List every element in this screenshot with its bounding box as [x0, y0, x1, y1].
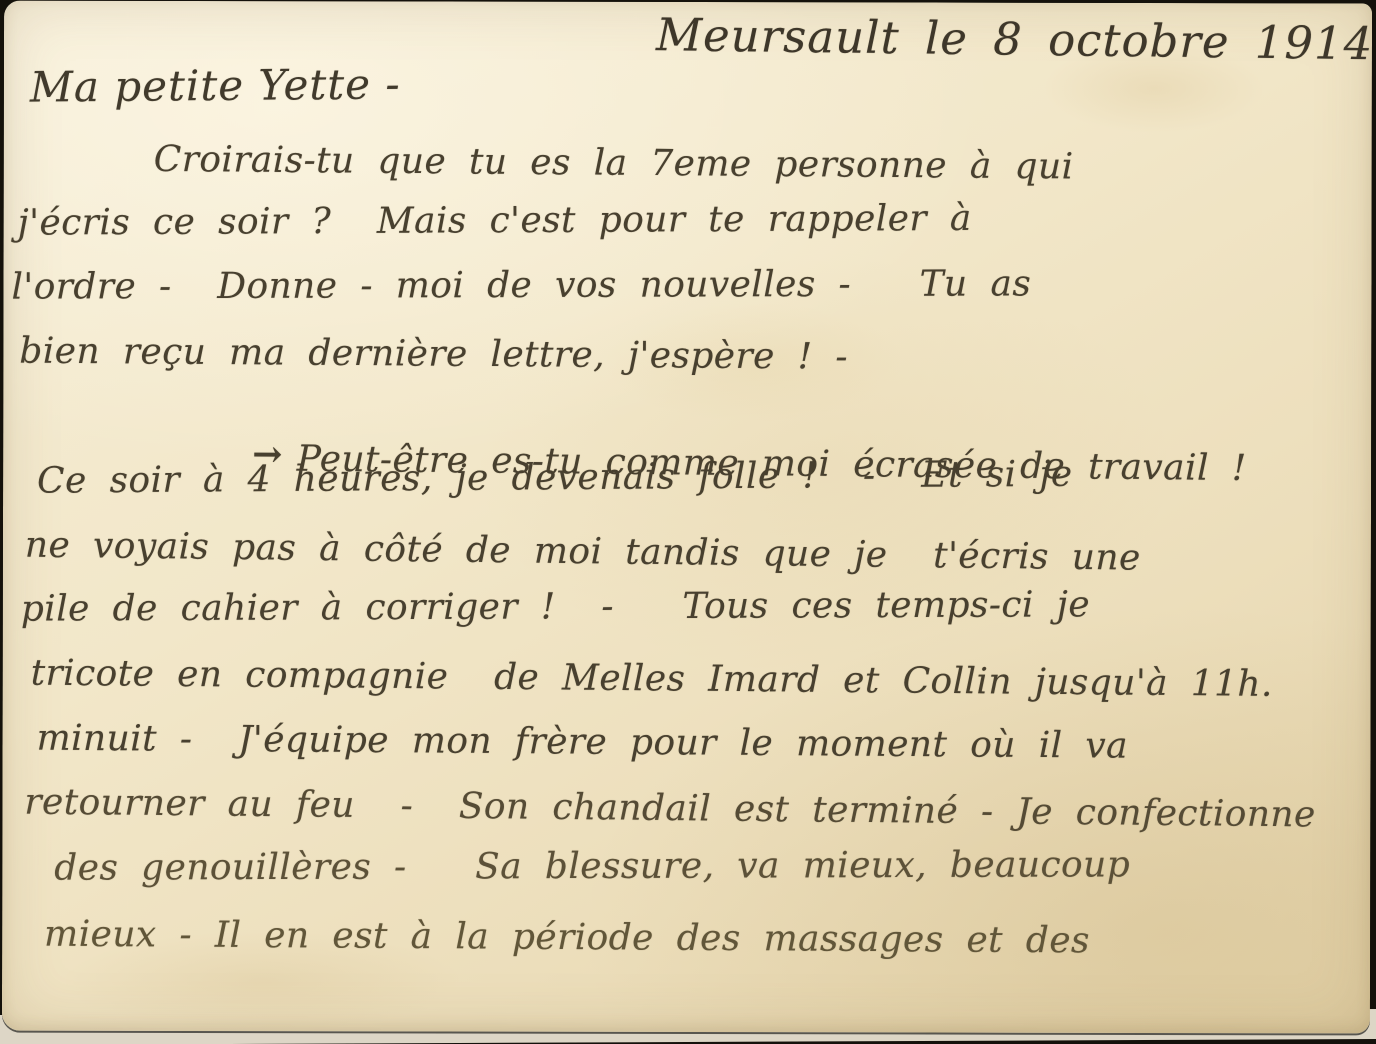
letter-line: minuit - J'équipe mon frère pour le mome…	[36, 718, 1128, 767]
letter-line: retourner au feu - Son chandail est term…	[24, 782, 1316, 836]
letter-line: pile de cahier à corriger ! - Tous ces t…	[21, 584, 1090, 629]
letter-line: des genouillères - Sa blessure, va mieux…	[54, 844, 1130, 888]
letter-line: tricote en compagnie de Melles Imard et …	[30, 653, 1273, 705]
letter-line: bien reçu ma dernière lettre, j'espère !…	[19, 331, 848, 378]
scanned-letter-page: Meursault le 8 octobre 1914 Ma petite Ye…	[0, 0, 1376, 1044]
salutation: Ma petite Yette -	[30, 59, 401, 111]
dateline: Meursault le 8 octobre 1914	[656, 8, 1372, 70]
letter-line: l'ordre - Donne - moi de vos nouvelles -…	[11, 263, 1031, 307]
letter-line: Ce soir à 4 heures, je devenais folle ! …	[37, 454, 1073, 502]
letter-line: ne voyais pas à côté de moi tandis que j…	[25, 525, 1141, 579]
letter-line: Croirais-tu que tu es la 7eme personne à…	[154, 139, 1074, 188]
letter-paper: Meursault le 8 octobre 1914 Ma petite Ye…	[2, 1, 1372, 1034]
letter-line: mieux - Il en est à la période des massa…	[44, 914, 1090, 962]
letter-line: j'écris ce soir ? Mais c'est pour te rap…	[18, 198, 972, 244]
